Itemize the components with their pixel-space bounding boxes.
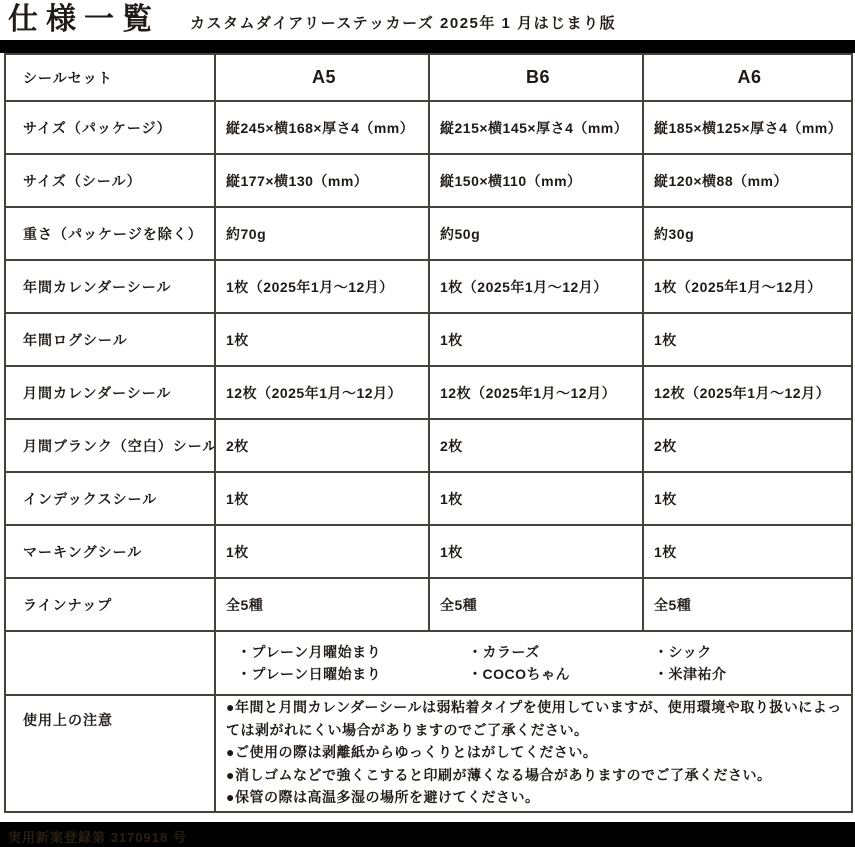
lineup-list-b6: ・カラーズ ・COCOちゃん bbox=[468, 641, 654, 685]
row-label: 月間ブランク（空白）シール bbox=[5, 419, 215, 472]
notes-cell: ●年間と月間カレンダーシールは弱粘着タイプを使用していますが、使用環境や取り扱い… bbox=[215, 695, 852, 812]
cell-a6: 全5種 bbox=[643, 578, 852, 631]
column-header-b6: B6 bbox=[429, 54, 643, 101]
table-row-size-seal: サイズ（シール） 縦177×横130（mm） 縦150×横110（mm） 縦12… bbox=[5, 154, 852, 207]
cell-b6: 1枚 bbox=[429, 472, 643, 525]
cell-a6: 約30g bbox=[643, 207, 852, 260]
notes-label: 使用上の注意 bbox=[5, 695, 215, 812]
lineup-lists: ・プレーン月曜始まり ・プレーン日曜始まり ・カラーズ ・COCOちゃん ・シッ… bbox=[226, 641, 845, 685]
row-label: 年間ログシール bbox=[5, 313, 215, 366]
cell-b6: 12枚（2025年1月～12月） bbox=[429, 366, 643, 419]
spec-table: シールセット A5 B6 A6 サイズ（パッケージ） 縦245×横168×厚さ4… bbox=[4, 53, 853, 813]
lineup-item: ・シック bbox=[654, 641, 845, 663]
table-row-index-seal: インデックスシール 1枚 1枚 1枚 bbox=[5, 472, 852, 525]
top-divider-bar bbox=[0, 40, 855, 53]
note-item: ●ご使用の際は剥離紙からゆっくりとはがしてください。 bbox=[226, 741, 845, 764]
column-header-seal-set: シールセット bbox=[5, 54, 215, 101]
cell-a5: 2枚 bbox=[215, 419, 429, 472]
table-row-marking-seal: マーキングシール 1枚 1枚 1枚 bbox=[5, 525, 852, 578]
row-label: 月間カレンダーシール bbox=[5, 366, 215, 419]
cell-b6: 全5種 bbox=[429, 578, 643, 631]
row-label: ラインナップ bbox=[5, 578, 215, 631]
cell-a6: 1枚（2025年1月～12月） bbox=[643, 260, 852, 313]
cell-a5: 12枚（2025年1月～12月） bbox=[215, 366, 429, 419]
lineup-item: ・カラーズ bbox=[468, 641, 654, 663]
table-row-monthly-blank: 月間ブランク（空白）シール 2枚 2枚 2枚 bbox=[5, 419, 852, 472]
lineup-item: ・COCOちゃん bbox=[468, 663, 654, 685]
notes-row: 使用上の注意 ●年間と月間カレンダーシールは弱粘着タイプを使用していますが、使用… bbox=[5, 695, 852, 812]
table-row-annual-calendar: 年間カレンダーシール 1枚（2025年1月～12月） 1枚（2025年1月～12… bbox=[5, 260, 852, 313]
lineup-item: ・米津祐介 bbox=[654, 663, 845, 685]
cell-a5: 1枚 bbox=[215, 525, 429, 578]
cell-b6: 縦215×横145×厚さ4（mm） bbox=[429, 101, 643, 154]
table-row-lineup: ラインナップ 全5種 全5種 全5種 bbox=[5, 578, 852, 631]
row-label: インデックスシール bbox=[5, 472, 215, 525]
page-subtitle: カスタムダイアリーステッカーズ 2025年 1 月はじまり版 bbox=[160, 12, 616, 38]
cell-a6: 1枚 bbox=[643, 313, 852, 366]
cell-b6: 縦150×横110（mm） bbox=[429, 154, 643, 207]
lineup-list-a6: ・シック ・米津祐介 bbox=[654, 641, 845, 685]
registration-number: 実用新案登録第 3170918 号 bbox=[8, 830, 187, 845]
cell-b6: 1枚 bbox=[429, 525, 643, 578]
note-item: ●年間と月間カレンダーシールは弱粘着タイプを使用していますが、使用環境や取り扱い… bbox=[226, 696, 845, 741]
table-row-monthly-calendar: 月間カレンダーシール 12枚（2025年1月～12月） 12枚（2025年1月～… bbox=[5, 366, 852, 419]
row-label: マーキングシール bbox=[5, 525, 215, 578]
cell-a5: 1枚 bbox=[215, 472, 429, 525]
note-item: ●保管の際は高温多湿の場所を避けてください。 bbox=[226, 786, 845, 809]
cell-b6: 2枚 bbox=[429, 419, 643, 472]
table-header-row: シールセット A5 B6 A6 bbox=[5, 54, 852, 101]
page-title: 仕様一覧 bbox=[8, 2, 160, 38]
cell-a5: 1枚 bbox=[215, 313, 429, 366]
lineup-item: ・プレーン月曜始まり bbox=[237, 641, 468, 663]
cell-b6: 約50g bbox=[429, 207, 643, 260]
cell-b6: 1枚（2025年1月～12月） bbox=[429, 260, 643, 313]
lineup-list-empty-label bbox=[5, 631, 215, 695]
lineup-list-row: ・プレーン月曜始まり ・プレーン日曜始まり ・カラーズ ・COCOちゃん ・シッ… bbox=[5, 631, 852, 695]
lineup-list-cell: ・プレーン月曜始まり ・プレーン日曜始まり ・カラーズ ・COCOちゃん ・シッ… bbox=[215, 631, 852, 695]
table-row-annual-log: 年間ログシール 1枚 1枚 1枚 bbox=[5, 313, 852, 366]
table-row-size-package: サイズ（パッケージ） 縦245×横168×厚さ4（mm） 縦215×横145×厚… bbox=[5, 101, 852, 154]
cell-a5: 全5種 bbox=[215, 578, 429, 631]
column-header-a5: A5 bbox=[215, 54, 429, 101]
cell-a5: 縦245×横168×厚さ4（mm） bbox=[215, 101, 429, 154]
row-label: 重さ（パッケージを除く） bbox=[5, 207, 215, 260]
cell-a5: 1枚（2025年1月～12月） bbox=[215, 260, 429, 313]
note-item: ●消しゴムなどで強くこすると印刷が薄くなる場合がありますのでご了承ください。 bbox=[226, 764, 845, 787]
cell-a5: 約70g bbox=[215, 207, 429, 260]
spec-sheet: 仕様一覧 カスタムダイアリーステッカーズ 2025年 1 月はじまり版 シールセ… bbox=[0, 0, 855, 847]
cell-a6: 1枚 bbox=[643, 472, 852, 525]
cell-a6: 縦185×横125×厚さ4（mm） bbox=[643, 101, 852, 154]
cell-a5: 縦177×横130（mm） bbox=[215, 154, 429, 207]
cell-a6: 縦120×横88（mm） bbox=[643, 154, 852, 207]
lineup-item: ・プレーン日曜始まり bbox=[237, 663, 468, 685]
row-label: サイズ（パッケージ） bbox=[5, 101, 215, 154]
table-row-weight: 重さ（パッケージを除く） 約70g 約50g 約30g bbox=[5, 207, 852, 260]
row-label: 年間カレンダーシール bbox=[5, 260, 215, 313]
cell-a6: 12枚（2025年1月～12月） bbox=[643, 366, 852, 419]
cell-a6: 2枚 bbox=[643, 419, 852, 472]
header: 仕様一覧 カスタムダイアリーステッカーズ 2025年 1 月はじまり版 bbox=[0, 0, 855, 40]
column-header-a6: A6 bbox=[643, 54, 852, 101]
cell-b6: 1枚 bbox=[429, 313, 643, 366]
row-label: サイズ（シール） bbox=[5, 154, 215, 207]
cell-a6: 1枚 bbox=[643, 525, 852, 578]
footer-bar: 実用新案登録第 3170918 号 bbox=[0, 822, 855, 847]
lineup-list-a5: ・プレーン月曜始まり ・プレーン日曜始まり bbox=[237, 641, 468, 685]
